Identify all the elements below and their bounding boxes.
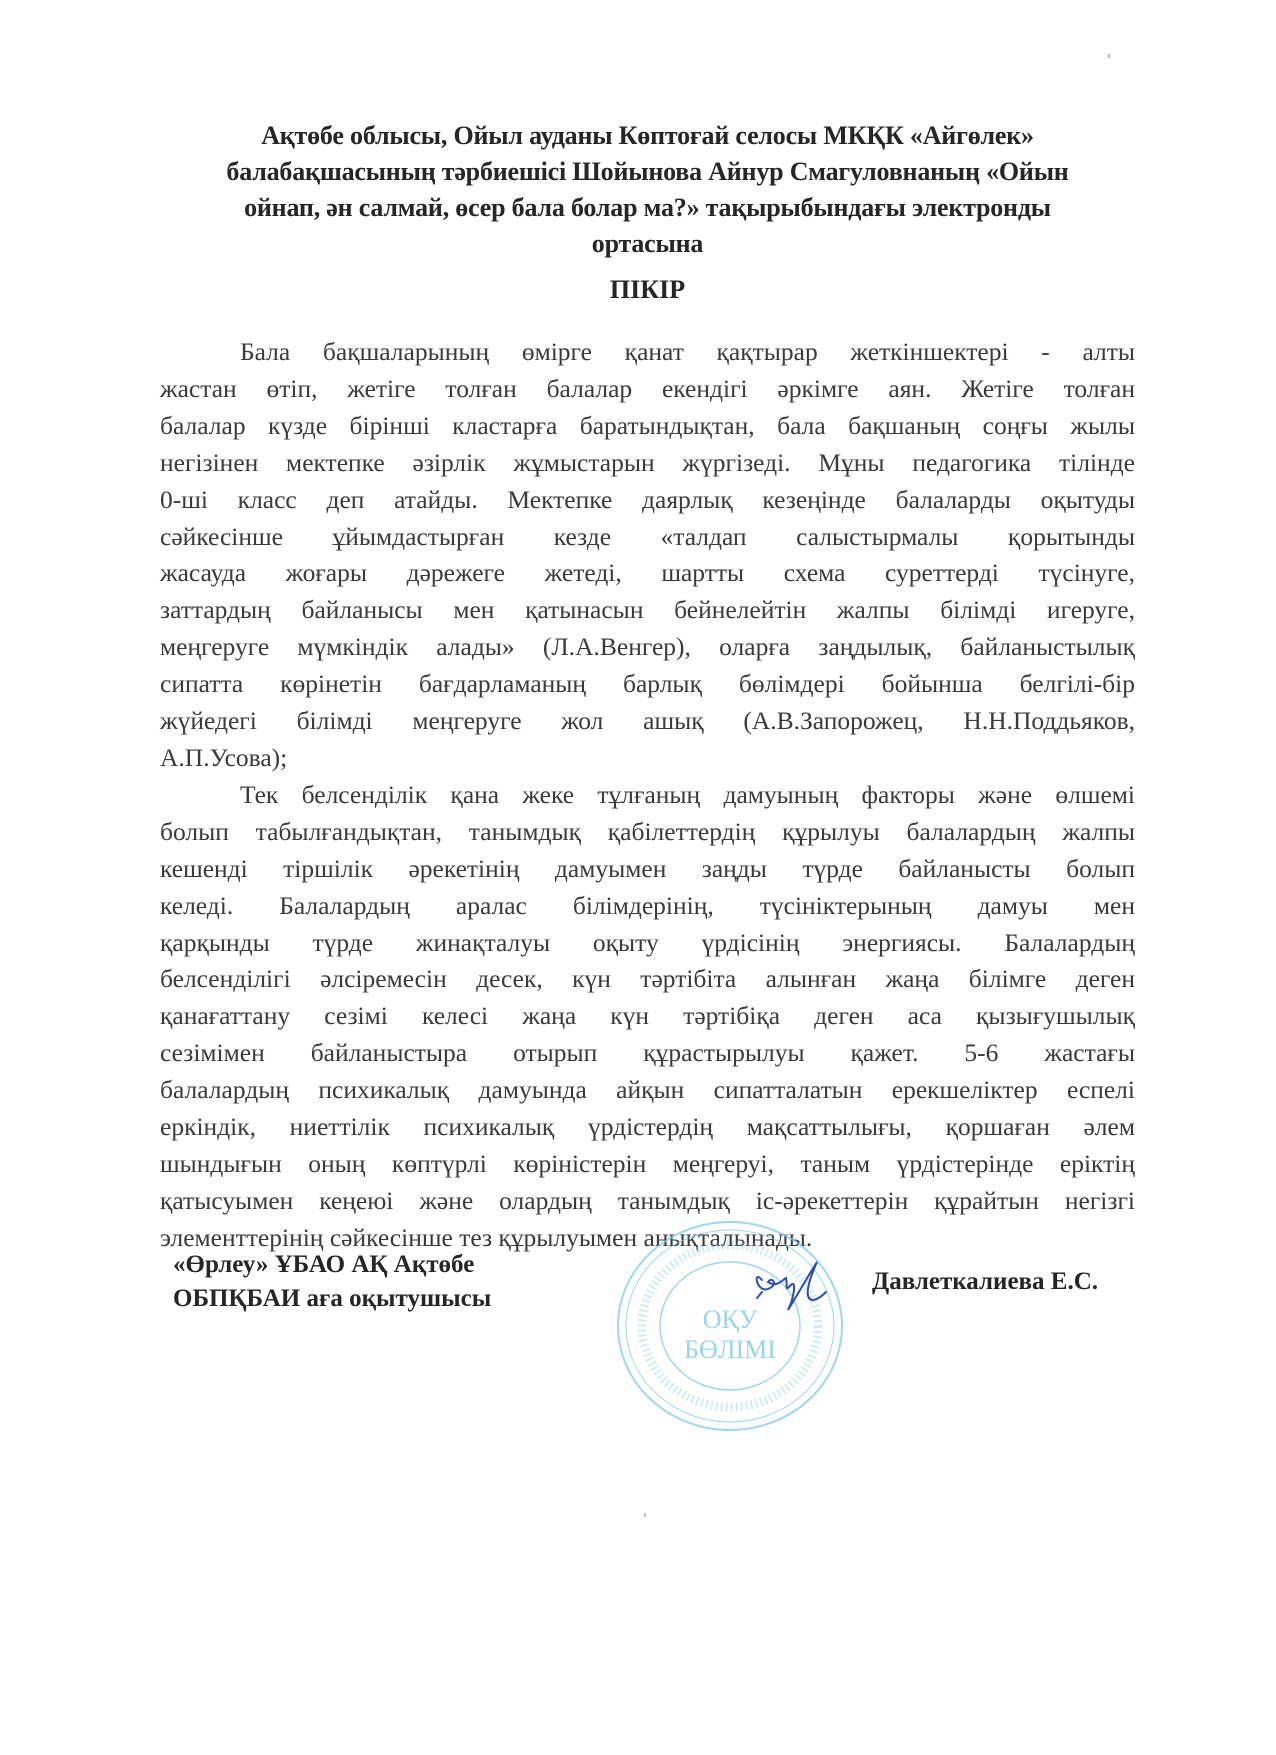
text-line: сезімімен байланыстыра отырып құрастырыл… — [160, 1035, 1135, 1072]
text-line: қарқынды түрде жинақталуы оқыту үрдісіні… — [160, 925, 1135, 962]
text-line: балалар күзде бірінші кластарға баратынд… — [160, 408, 1135, 445]
text-line: еркіндік, ниеттілік психикалық үрдістерд… — [160, 1109, 1135, 1146]
scan-speck — [644, 1513, 646, 1517]
signatory-position: «Өрлеу» ҰБАО АҚ Ақтөбе ОБПҚБАИ аға оқыту… — [173, 1248, 491, 1316]
text-line: келеді. Балалардың аралас білімдерінің, … — [160, 888, 1135, 925]
title-line: балабақшасының тәрбиешісі Шойынова Айнур… — [160, 154, 1135, 190]
text-line: қанағаттану сезімі келесі жаңа күн тәрті… — [160, 998, 1135, 1035]
text-line: шындығын оның көптүрлі көріністерін меңг… — [160, 1146, 1135, 1183]
position-line: ОБПҚБАИ аға оқытушысы — [173, 1282, 491, 1316]
paragraph-1: Бала бақшаларының өмірге қанат қақтырар … — [160, 334, 1135, 777]
position-line: «Өрлеу» ҰБАО АҚ Ақтөбе — [173, 1248, 491, 1282]
text-line: сипатта көрінетін бағдарламаның барлық б… — [160, 666, 1135, 703]
text-line: А.П.Усова); — [160, 740, 1135, 777]
stamp-text-line-1: ОҚУ — [703, 1305, 758, 1334]
title-line: ортасына — [160, 226, 1135, 262]
text-line: балалардың психикалық дамуында айқын сип… — [160, 1072, 1135, 1109]
stamp-text-line-2: БӨЛІМІ — [684, 1335, 776, 1364]
text-line: Бала бақшаларының өмірге қанат қақтырар … — [160, 334, 1135, 371]
scan-speck — [1108, 54, 1110, 58]
text-line: заттардың байланысы мен қатынасын бейнел… — [160, 592, 1135, 629]
text-line: кешенді тіршілік әрекетінің дамуымен заң… — [160, 851, 1135, 888]
document-title: Ақтөбе облысы, Ойыл ауданы Көптоғай село… — [160, 118, 1135, 262]
text-line: меңгеруге мүмкіндік алады» (Л.А.Венгер),… — [160, 629, 1135, 666]
text-line: сәйкесінше ұйымдастырған кезде «талдап с… — [160, 519, 1135, 556]
text-line: Тек белсенділік қана жеке тұлғаның дамуы… — [160, 777, 1135, 814]
text-line: жүйедегі білімді меңгеруге жол ашық (А.В… — [160, 703, 1135, 740]
official-stamp-icon: ОҚУ БӨЛІМІ — [612, 1218, 852, 1433]
text-line: негізінен мектепке әзірлік жұмыстарын жү… — [160, 445, 1135, 482]
text-line: қатысуымен кеңеюі және олардың танымдық … — [160, 1183, 1135, 1220]
signatory-name: Давлеткалиева Е.С. — [872, 1265, 1098, 1299]
title-line: Ақтөбе облысы, Ойыл ауданы Көптоғай село… — [160, 118, 1135, 154]
text-line: жасауда жоғары дәрежеге жетеді, шартты с… — [160, 555, 1135, 592]
text-line: болып табылғандықтан, танымдық қабілетте… — [160, 814, 1135, 851]
text-line: жастан өтіп, жетіге толған балалар екенд… — [160, 371, 1135, 408]
document-heading: ПІКІР — [160, 272, 1135, 308]
text-line: белсенділігі әлсіремесін десек, күн тәрт… — [160, 961, 1135, 998]
paragraph-2: Тек белсенділік қана жеке тұлғаның дамуы… — [160, 777, 1135, 1257]
document-page: Ақтөбе облысы, Ойыл ауданы Көптоғай село… — [0, 0, 1276, 1755]
title-line: ойнап, ән салмай, өсер бала болар ма?» т… — [160, 190, 1135, 226]
text-line: 0-ші класс деп атайды. Мектепке даярлық … — [160, 482, 1135, 519]
document-body: Бала бақшаларының өмірге қанат қақтырар … — [160, 334, 1135, 1257]
